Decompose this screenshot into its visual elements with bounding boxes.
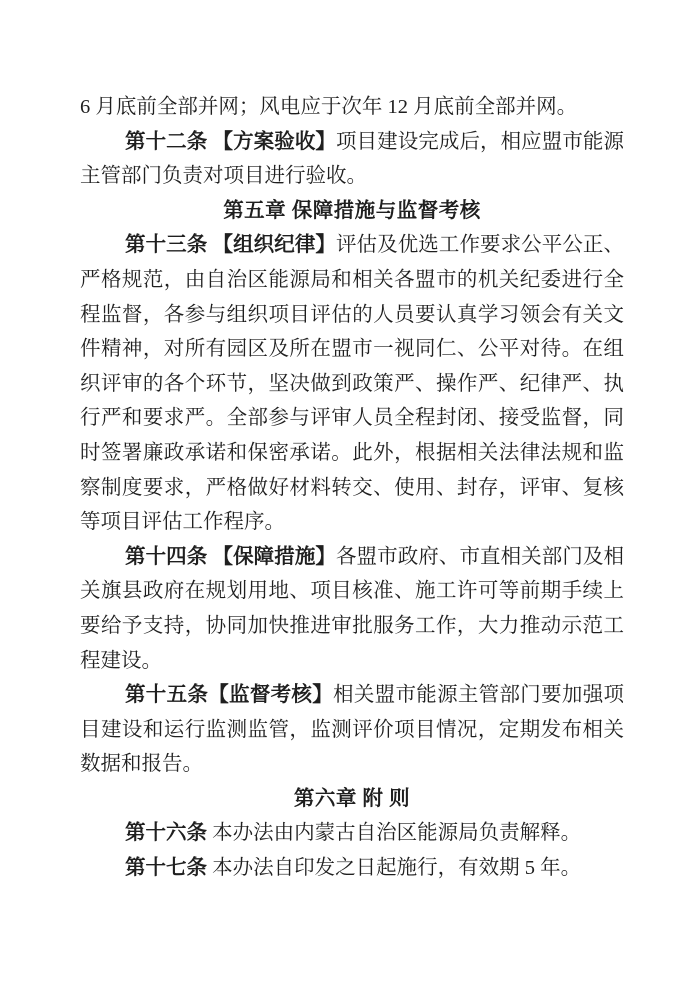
paragraph-article-14: 第十四条 【保障措施】各盟市政府、市直相关部门及相关旗县政府在规划用地、项目核准… xyxy=(80,540,624,678)
chapter-5-heading-text: 第五章 保障措施与监督考核 xyxy=(223,200,481,222)
article-17-body: 本办法自印发之日起施行，有效期 5 年。 xyxy=(207,857,581,879)
article-17-heading: 第十七条 xyxy=(125,857,207,879)
paragraph-article-17: 第十七条 本办法自印发之日起施行，有效期 5 年。 xyxy=(80,851,624,886)
paragraph-continuation-text: 6 月底前全部并网；风电应于次年 12 月底前全部并网。 xyxy=(80,96,577,118)
paragraph-article-13: 第十三条 【组织纪律】评估及优选工作要求公平公正、严格规范，由自治区能源局和相关… xyxy=(80,228,624,539)
document-page: 6 月底前全部并网；风电应于次年 12 月底前全部并网。 第十二条 【方案验收】… xyxy=(0,0,700,990)
chapter-6-heading-text: 第六章 附 则 xyxy=(294,788,410,810)
article-14-heading: 第十四条 【保障措施】 xyxy=(125,546,336,568)
article-13-heading: 第十三条 【组织纪律】 xyxy=(125,234,336,256)
article-12-heading: 第十二条 【方案验收】 xyxy=(125,131,336,153)
chapter-5-heading: 第五章 保障措施与监督考核 xyxy=(80,194,624,229)
article-15-heading: 第十五条【监督考核】 xyxy=(125,684,333,706)
article-16-heading: 第十六条 xyxy=(125,822,207,844)
paragraph-article-12: 第十二条 【方案验收】项目建设完成后，相应盟市能源主管部门负责对项目进行验收。 xyxy=(80,125,624,194)
article-13-body: 评估及优选工作要求公平公正、严格规范，由自治区能源局和相关各盟市的机关纪委进行全… xyxy=(80,234,624,533)
paragraph-article-15: 第十五条【监督考核】相关盟市能源主管部门要加强项目建设和运行监测监管，监测评价项… xyxy=(80,678,624,782)
chapter-6-heading: 第六章 附 则 xyxy=(80,782,624,817)
paragraph-article-16: 第十六条 本办法由内蒙古自治区能源局负责解释。 xyxy=(80,816,624,851)
paragraph-continuation: 6 月底前全部并网；风电应于次年 12 月底前全部并网。 xyxy=(80,90,624,125)
article-16-body: 本办法由内蒙古自治区能源局负责解释。 xyxy=(207,822,581,844)
